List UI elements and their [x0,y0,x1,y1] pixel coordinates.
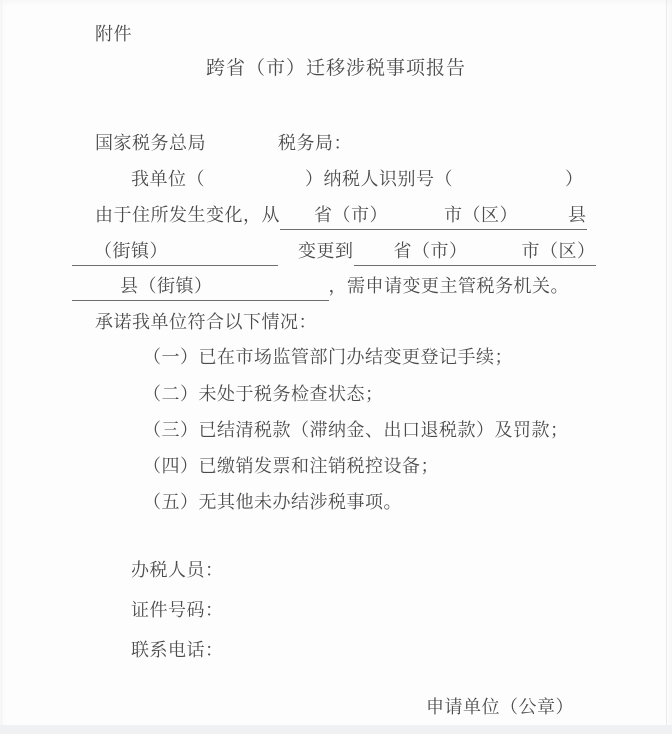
county-label: 县 [568,205,587,225]
attachment-label: 附件 [95,22,132,46]
commitment-item: （二）未处于税务检查状态； [143,382,384,406]
from-province-blank [280,209,314,227]
scan-edge-left [1,0,2,734]
unit-name-blank [205,173,305,191]
salutation-bureau: 税务局： [278,133,352,153]
promise-intro: 承诺我单位符合以下情况： [95,310,317,334]
commitment-item: （三）已结清税款（滞纳金、出口退税款）及罚款； [143,418,569,442]
from-city-blank [388,209,444,227]
street-tail-blank [168,245,278,263]
page-title: 跨省（市）迁移涉税事项报告 [0,57,672,81]
county-tail-blank [213,280,329,298]
commitment-item: （四）已缴销发票和注销税控设备； [143,454,439,478]
from-county-blank [518,209,568,227]
unit-close-paren: ） [565,169,584,189]
to-province-blank [354,245,394,263]
to-province-city-label: 省（市） [394,241,468,261]
change-line: （街镇）变更到省（市）市（区） [72,239,596,266]
from-line: 由于住所发生变化，从省（市）市（区）县 [95,203,587,230]
province-city-label: 省（市） [314,205,388,225]
to-city-district-label: 市（区） [522,241,596,261]
county-line: 县（街镇），需申请变更主管税务机关。 [72,274,569,301]
county-underline-group: 县（街镇） [72,274,329,301]
bureau-name-gap [206,137,278,155]
scan-edge-bottom [0,725,672,734]
unit-line: 我单位（）纳税人识别号（） [131,167,584,191]
change-to-label: 变更到 [298,241,354,261]
county-tail-text: ，需申请变更主管税务机关。 [329,276,570,296]
field-label-contact-phone: 联系电话： [131,638,224,662]
change-gap [278,248,298,266]
document-page: 附件 跨省（市）迁移涉税事项报告 国家税务总局税务局： 我单位（）纳税人识别号（… [0,0,672,734]
from-prefix: 由于住所发生变化，从 [95,205,280,225]
taxpayer-id-label: ）纳税人识别号（ [305,169,453,189]
street-town-label: （街镇） [94,241,168,261]
salutation-line: 国家税务总局税务局： [95,131,352,155]
street-lead-blank [72,245,94,263]
commitment-item: （一）已在市场监管部门办结变更登记手续； [143,345,513,369]
to-city-blank [468,245,522,263]
city-district-label: 市（区） [444,205,518,225]
from-underline-group: 省（市）市（区）县 [280,203,587,230]
taxpayer-id-blank [453,173,565,191]
county-street-label: 县（街镇） [120,276,213,296]
to-underline-group: 省（市）市（区） [354,239,596,266]
field-label-tax-officer: 办税人员： [131,558,224,582]
field-label-id-number: 证件号码： [131,598,224,622]
signature-label: 申请单位（公章） [426,695,574,719]
county-lead-blank [72,280,120,298]
street-underline-group: （街镇） [72,239,278,266]
scan-edge-right [666,0,667,734]
salutation-org: 国家税务总局 [95,133,206,153]
unit-prefix: 我单位（ [131,169,205,189]
commitment-item: （五）无其他未办结涉税事项。 [143,490,402,514]
